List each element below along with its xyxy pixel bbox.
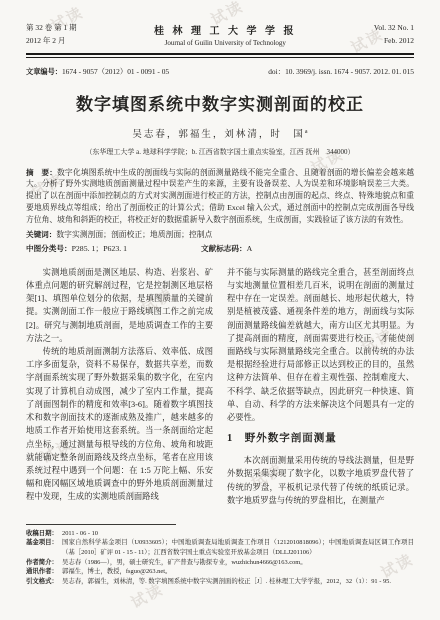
author-bio-label: 作者简介： (26, 558, 62, 568)
date-en: Feb. 2012 (374, 35, 414, 48)
keywords-label: 关键词： (26, 230, 56, 239)
author-bio-text: 吴志春（1986—），男，硕士研究生，矿产普查与勘探专业，wuzhichun46… (62, 558, 414, 568)
received-date: 收稿日期： 2011 - 06 - 10 (26, 529, 414, 539)
journal-masthead: 第 32 卷 第 1 期 2012 年 2 月 桂 林 理 工 大 学 学 报 … (26, 22, 414, 48)
funding-text: 国家自然科学基金项目（U0933605）；中国地质调查局地质调查工作项目（121… (62, 538, 414, 557)
article-number: 文章编号：1674 - 9057（2012）01 - 0091 - 05 (26, 66, 169, 77)
masthead-journal-name: 桂 林 理 工 大 学 学 报 Journal of Guilin Univer… (154, 22, 297, 47)
abstract: 摘 要：数字化填图系统中生成的剖面线与实际的剖面测量路线不能完全重合、且随着剖面… (26, 167, 414, 226)
clc-label: 中图分类号： (26, 244, 72, 253)
section-1-heading: 1 野外数字剖面测量 (227, 431, 414, 448)
paper-page: 第 32 卷 第 1 期 2012 年 2 月 桂 林 理 工 大 学 学 报 … (0, 0, 440, 620)
classification-line: 中图分类号：P285. 1；P623. 1 文献标志码：A (26, 243, 414, 254)
corresponding-author-label: 通讯作者： (26, 567, 62, 577)
paragraph: 传统的地质剖面测制方法落后、效率低、成图工序多面复杂，资料不易保存，数据共享差，… (26, 345, 213, 504)
body-columns: 实测地质剖面是测区地层、构造、岩浆岩、矿体重点问题的研究解剖过程，它是控制测区地… (26, 266, 414, 518)
citation-format-label: 引文格式： (26, 577, 62, 587)
clc-number: 中图分类号：P285. 1；P623. 1 (26, 243, 127, 254)
funding-note: 基金项目： 国家自然科学基金项目（U0933605）；中国地质调查局地质调查工作… (26, 538, 414, 557)
keywords: 数字实测剖面；剖面校正；地质剖面；控制点 (56, 230, 212, 239)
abstract-label: 摘 要： (26, 168, 57, 177)
paragraph: 本次剖面测量采用传统的导线法测量，但是野外数据采集实现了数字化，以数字地质罗盘代… (227, 454, 414, 507)
authors: 吴志春，郭福生，刘林清，时 国 (132, 130, 305, 140)
funding-label: 基金项目： (26, 538, 62, 557)
journal-name-en: Journal of Guilin University of Technolo… (154, 39, 297, 47)
citation-format: 引文格式： 吴志春，郭福生，刘林清，等. 数字填图系统中数字实测剖面的校正［J］… (26, 577, 414, 587)
corresponding-author-text: 郭福生，博士，教授，fsguo@263.net。 (62, 567, 414, 577)
author-affiliation-superscript: a (305, 128, 308, 134)
document-code-label: 文献标志码： (201, 244, 247, 253)
corresponding-author: 通讯作者： 郭福生，博士，教授，fsguo@263.net。 (26, 567, 414, 577)
article-number-value: 1674 - 9057（2012）01 - 0091 - 05 (62, 67, 169, 76)
left-column: 实测地质剖面是测区地层、构造、岩浆岩、矿体重点问题的研究解剖过程，它是控制测区地… (26, 266, 213, 518)
abstract-text: 数字化填图系统中生成的剖面线与实际的剖面测量路线不能完全重合、且随着剖面的增长偏… (26, 168, 414, 224)
citation-format-text: 吴志春，郭福生，刘林清，等. 数字填图系统中数字实测剖面的校正［J］. 桂林理工… (62, 577, 414, 587)
footnotes: 收稿日期： 2011 - 06 - 10 基金项目： 国家自然科学基金项目（U0… (26, 529, 414, 587)
document-code-value: A (247, 244, 253, 253)
clc-value: P285. 1；P623. 1 (72, 244, 127, 253)
masthead-issue-en: Vol. 32 No. 1 Feb. 2012 (374, 22, 414, 48)
paragraph: 并不能与实际测量的路线完全重合，甚至剖面终点与实地测量位置相差几百米，说明在剖面… (227, 266, 414, 425)
received-date-label: 收稿日期： (26, 529, 62, 539)
affiliation: （东华理工大学 a. 地球科学学院；b. 江西省数字国土重点实验室，江西 抚州 … (26, 147, 414, 157)
journal-name-cn: 桂 林 理 工 大 学 学 报 (154, 22, 297, 37)
document-code: 文献标志码：A (201, 243, 252, 254)
masthead-divider (26, 53, 414, 58)
volume-issue-en: Vol. 32 No. 1 (374, 22, 414, 35)
date-cn: 2012 年 2 月 (26, 35, 77, 48)
author-bio: 作者简介： 吴志春（1986—），男，硕士研究生，矿产普查与勘探专业，wuzhi… (26, 558, 414, 568)
paper-title: 数字填图系统中数字实测剖面的校正 (26, 90, 414, 115)
authors-line: 吴志春，郭福生，刘林清，时 国a (26, 126, 414, 140)
footnote-divider (26, 524, 176, 525)
article-number-label: 文章编号： (26, 67, 62, 76)
article-id-line: 文章编号：1674 - 9057（2012）01 - 0091 - 05 doi… (26, 66, 414, 77)
doi: doi：10. 3969/j. issn. 1674 - 9057. 2012.… (268, 66, 414, 77)
paragraph: 实测地质剖面是测区地层、构造、岩浆岩、矿体重点问题的研究解剖过程，它是控制测区地… (26, 266, 213, 345)
volume-issue-cn: 第 32 卷 第 1 期 (26, 22, 77, 35)
keywords-line: 关键词：数字实测剖面；剖面校正；地质剖面；控制点 (26, 229, 414, 240)
masthead-issue-cn: 第 32 卷 第 1 期 2012 年 2 月 (26, 22, 77, 48)
received-date-value: 2011 - 06 - 10 (62, 529, 414, 539)
right-column: 并不能与实际测量的路线完全重合，甚至剖面终点与实地测量位置相差几百米，说明在剖面… (227, 266, 414, 518)
